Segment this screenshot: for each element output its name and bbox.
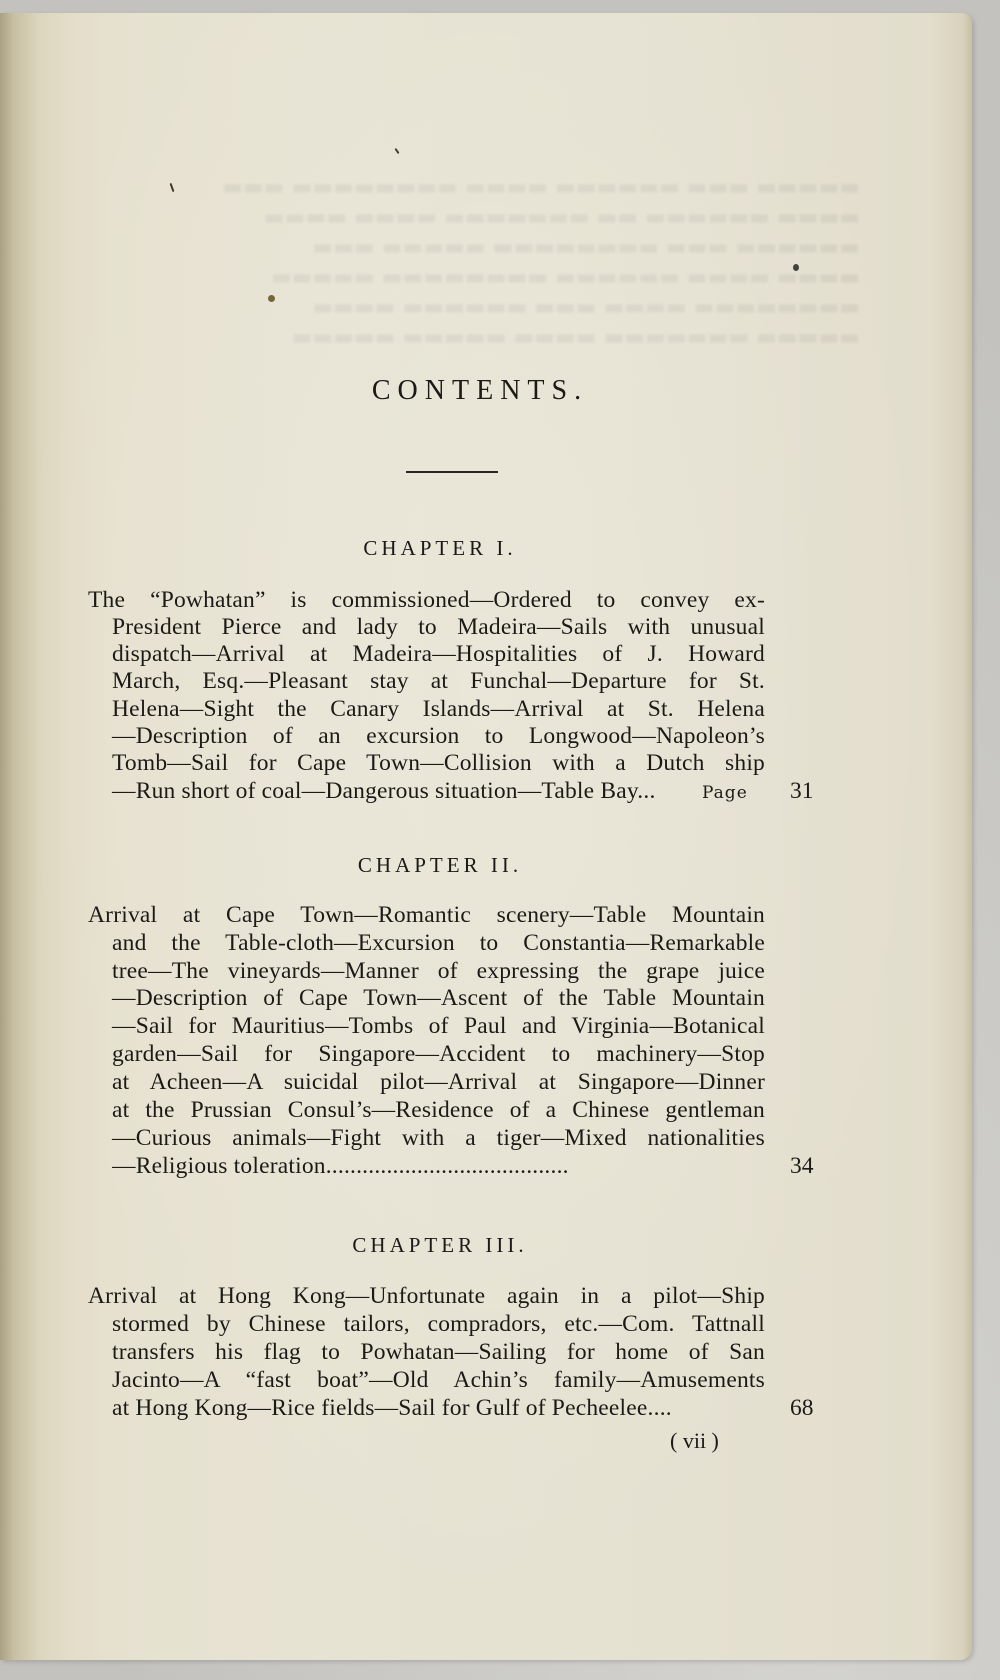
paper-speck [268,295,275,302]
chapter-1-line: March, Esq.—Pleasant stay at Funchal—Dep… [112,667,765,695]
chapter-1-heading: CHAPTER I. [0,536,880,561]
chapter-3-line: transfers his flag to Powhatan—Sailing f… [112,1338,765,1366]
chapter-2-line: —Religious toleration...................… [112,1152,765,1180]
chapter-2-line: —Curious animals—Fight with a tiger—Mixe… [112,1124,765,1152]
chapter-2-page-number: 34 [790,1152,814,1180]
chapter-2-heading: CHAPTER II. [0,853,880,878]
chapter-3-line: Jacinto—A “fast boat”—Old Achin’s family… [112,1366,765,1394]
chapter-1-line: Tomb—Sail for Cape Town—Collision with a… [112,749,765,777]
page-label: Page [702,783,748,803]
chapter-2-line: —Description of Cape Town—Ascent of the … [112,984,765,1012]
chapter-2-line: garden—Sail for Singapore—Accident to ma… [112,1040,765,1068]
chapter-1-page-number: 31 [790,777,814,805]
contents-title: CONTENTS. [0,375,960,407]
chapter-1-line: President Pierce and lady to Madeira—Sai… [112,613,765,641]
chapter-3-page-number: 68 [790,1394,814,1422]
title-rule-divider [406,471,498,473]
page-folio: ( vii ) [670,1428,719,1454]
chapter-2-line: at Acheen—A suicidal pilot—Arrival at Si… [112,1068,765,1096]
paper-speck [394,148,399,154]
chapter-1-line: The “Powhatan” is commissioned—Ordered t… [88,586,765,614]
chapter-3-line: at Hong Kong—Rice fields—Sail for Gulf o… [112,1394,765,1422]
paper-speck [793,264,799,271]
chapter-3-line: Arrival at Hong Kong—Unfortunate again i… [88,1282,765,1310]
chapter-2-line: —Sail for Mauritius—Tombs of Paul and Vi… [112,1012,765,1040]
chapter-2-line: Arrival at Cape Town—Romantic scenery—Ta… [88,901,765,929]
chapter-3-heading: CHAPTER III. [0,1233,880,1258]
chapter-3-line: stormed by Chinese tailors, compradors, … [112,1310,765,1338]
chapter-2-line: at the Prussian Consul’s—Residence of a … [112,1096,765,1124]
chapter-1-line: —Description of an excursion to Longwood… [112,722,765,750]
chapter-1-line: —Run short of coal—Dangerous situation—T… [112,777,702,805]
paper-speck [170,183,175,192]
chapter-1-line: dispatch—Arrival at Madeira—Hospitalitie… [112,640,765,668]
chapter-2-line: tree—The vineyards—Manner of expressing … [112,957,765,985]
chapter-2-line: and the Table-cloth—Excursion to Constan… [112,929,765,957]
chapter-1-line: Helena—Sight the Canary Islands—Arrival … [112,695,765,723]
